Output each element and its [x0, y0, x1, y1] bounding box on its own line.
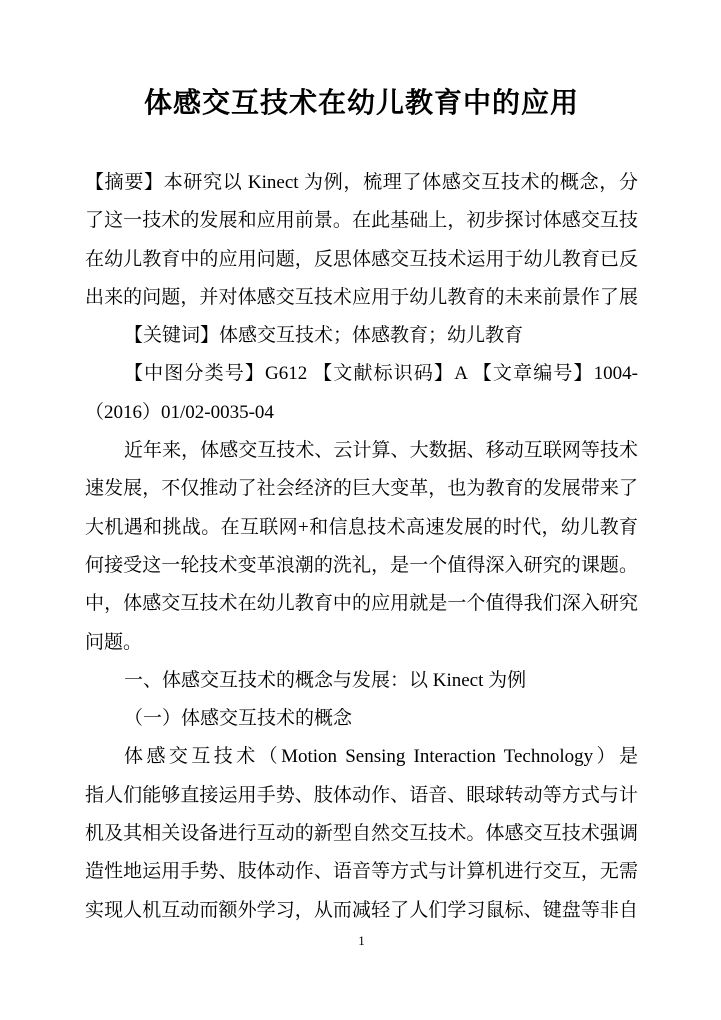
document-body: 【摘要】本研究以 Kinect 为例，梳理了体感交互技术的概念，分析 了这一技术… [85, 164, 638, 930]
text-line-para1-4: 何接受这一轮技术变革浪潮的洗礼，是一个值得深入研究的课题。其 [85, 547, 638, 585]
document-title: 体感交互技术在幼儿教育中的应用 [85, 86, 638, 122]
text-line-para1-3: 大机遇和挑战。在互联网+和信息技术高速发展的时代，幼儿教育如 [85, 509, 638, 547]
text-line-para1-6: 问题。 [85, 624, 638, 662]
subsection-heading-1-1: （一）体感交互技术的概念 [85, 700, 638, 738]
text-line-para1-5: 中，体感交互技术在幼儿教育中的应用就是一个值得我们深入研究的 [85, 585, 638, 623]
section-heading-1: 一、体感交互技术的概念与发展：以 Kinect 为例 [85, 662, 638, 700]
text-line-keywords: 【关键词】体感交互技术；体感教育；幼儿教育 [85, 317, 638, 355]
text-line-para2-3: 机及其相关设备进行互动的新型自然交互技术。体感交互技术强调创 [85, 815, 638, 853]
text-line-abstract-3: 在幼儿教育中的应用问题，反思体感交互技术运用于幼儿教育已反映 [85, 241, 638, 279]
text-line-abstract-4: 出来的问题，并对体感交互技术应用于幼儿教育的未来前景作了展望。 [85, 279, 638, 317]
text-line-clc-2: （2016）01/02-0035-04 [85, 394, 638, 432]
document-page: 体感交互技术在幼儿教育中的应用 【摘要】本研究以 Kinect 为例，梳理了体感… [0, 0, 721, 1020]
text-line-clc-1: 【中图分类号】G612 【文献标识码】A 【文章编号】1004-4604 [85, 355, 638, 393]
page-number: 1 [85, 932, 638, 950]
text-line-para2-2: 指人们能够直接运用手势、肢体动作、语音、眼球转动等方式与计算 [85, 777, 638, 815]
text-line-para2-5: 实现人机互动而额外学习，从而减轻了人们学习鼠标、键盘等非自然 [85, 892, 638, 930]
text-line-abstract-2: 了这一技术的发展和应用前景。在此基础上，初步探讨体感交互技术 [85, 202, 638, 240]
text-line-para2-1: 体感交互技术（Motion Sensing Interaction Techno… [85, 738, 638, 776]
text-line-abstract-1: 【摘要】本研究以 Kinect 为例，梳理了体感交互技术的概念，分析 [85, 164, 638, 202]
text-line-para2-4: 造性地运用手势、肢体动作、语音等方式与计算机进行交互，无需为 [85, 853, 638, 891]
text-line-para1-1: 近年来，体感交互技术、云计算、大数据、移动互联网等技术飞 [85, 432, 638, 470]
text-line-para1-2: 速发展，不仅推动了社会经济的巨大变革，也为教育的发展带来了重 [85, 470, 638, 508]
